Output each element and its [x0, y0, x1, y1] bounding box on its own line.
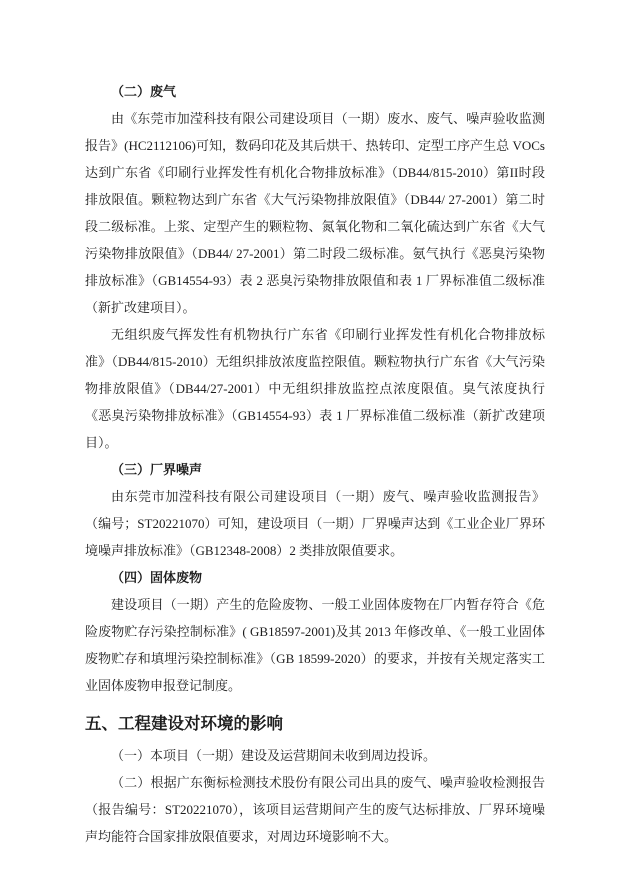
document-body: （二）废气 由《东莞市加滢科技有限公司建设项目（一期）废水、废气、噪声验收监测报…	[85, 78, 545, 850]
subheading-boundary-noise: （三）厂界噪声	[85, 456, 545, 483]
paragraph-waste-gas-2: 无组织废气挥发性有机物执行广东省《印刷行业挥发性有机化合物排放标准》（DB44/…	[85, 321, 545, 456]
paragraph-five-1: （一）本项目（一期）建设及运营期间未收到周边投诉。	[85, 742, 545, 769]
subheading-waste-gas: （二）废气	[85, 78, 545, 105]
paragraph-solid-waste: 建设项目（一期）产生的危险废物、一般工业固体废物在厂内暂存符合《危险废物贮存污染…	[85, 591, 545, 699]
paragraph-five-2: （二）根据广东衡标检测技术股份有限公司出具的废气、噪声验收检测报告（报告编号：S…	[85, 769, 545, 850]
document-page: （二）废气 由《东莞市加滢科技有限公司建设项目（一期）废水、废气、噪声验收监测报…	[0, 0, 629, 869]
heading-section-five: 五、工程建设对环境的影响	[85, 709, 545, 739]
subheading-solid-waste: （四）固体废物	[85, 564, 545, 591]
paragraph-boundary-noise: 由东莞市加滢科技有限公司建设项目（一期）废气、噪声验收监测报告》（编号；ST20…	[85, 483, 545, 564]
paragraph-waste-gas-1: 由《东莞市加滢科技有限公司建设项目（一期）废水、废气、噪声验收监测报告》(HC2…	[85, 105, 545, 321]
